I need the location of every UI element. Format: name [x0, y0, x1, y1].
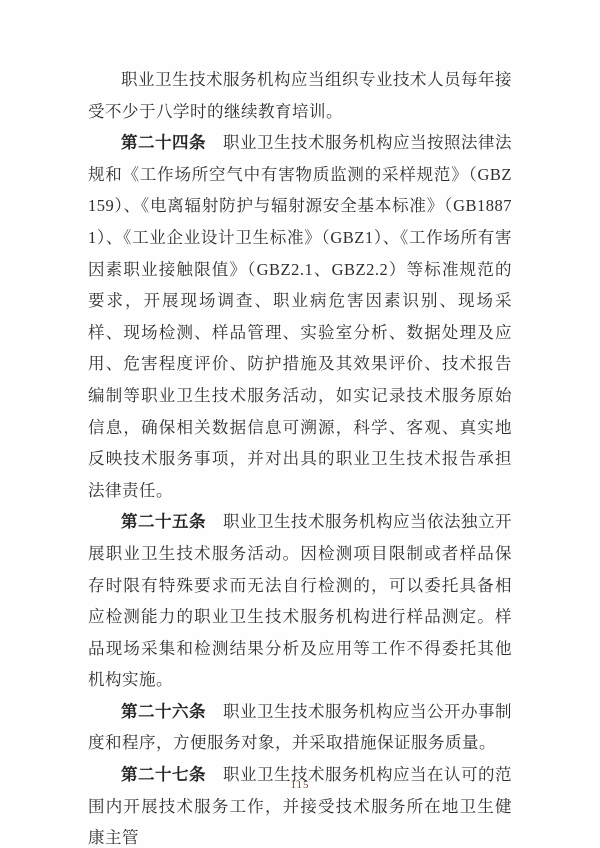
- paragraph: 职业卫生技术服务机构应当组织专业技术人员每年接受不少于八学时的继续教育培训。: [88, 64, 512, 127]
- document-body: 职业卫生技术服务机构应当组织专业技术人员每年接受不少于八学时的继续教育培训。 第…: [88, 64, 512, 848]
- paragraph: 第二十五条 职业卫生技术服务机构应当依法独立开展职业卫生技术服务活动。因检测项目…: [88, 506, 512, 696]
- paragraph-text: 职业卫生技术服务机构应当按照法律法规和《工作场所空气中有害物质监测的采样规范》（…: [88, 133, 512, 500]
- page-number: 115: [0, 779, 600, 791]
- paragraph-text: 职业卫生技术服务机构应当依法独立开展职业卫生技术服务活动。因检测项目限制或者样品…: [88, 512, 512, 689]
- paragraph: 第二十四条 职业卫生技术服务机构应当按照法律法规和《工作场所空气中有害物质监测的…: [88, 127, 512, 506]
- paragraph: 第二十七条 职业卫生技术服务机构应当在认可的范围内开展技术服务工作，并接受技术服…: [88, 759, 512, 848]
- paragraph: 第二十六条 职业卫生技术服务机构应当公开办事制度和程序，方便服务对象，并采取措施…: [88, 696, 512, 759]
- article-number: 第二十五条: [121, 512, 206, 531]
- paragraph-text: 职业卫生技术服务机构应当组织专业技术人员每年接受不少于八学时的继续教育培训。: [88, 70, 512, 121]
- document-page: 职业卫生技术服务机构应当组织专业技术人员每年接受不少于八学时的继续教育培训。 第…: [0, 0, 600, 848]
- article-number: 第二十六条: [121, 702, 206, 721]
- article-number: 第二十四条: [121, 133, 206, 152]
